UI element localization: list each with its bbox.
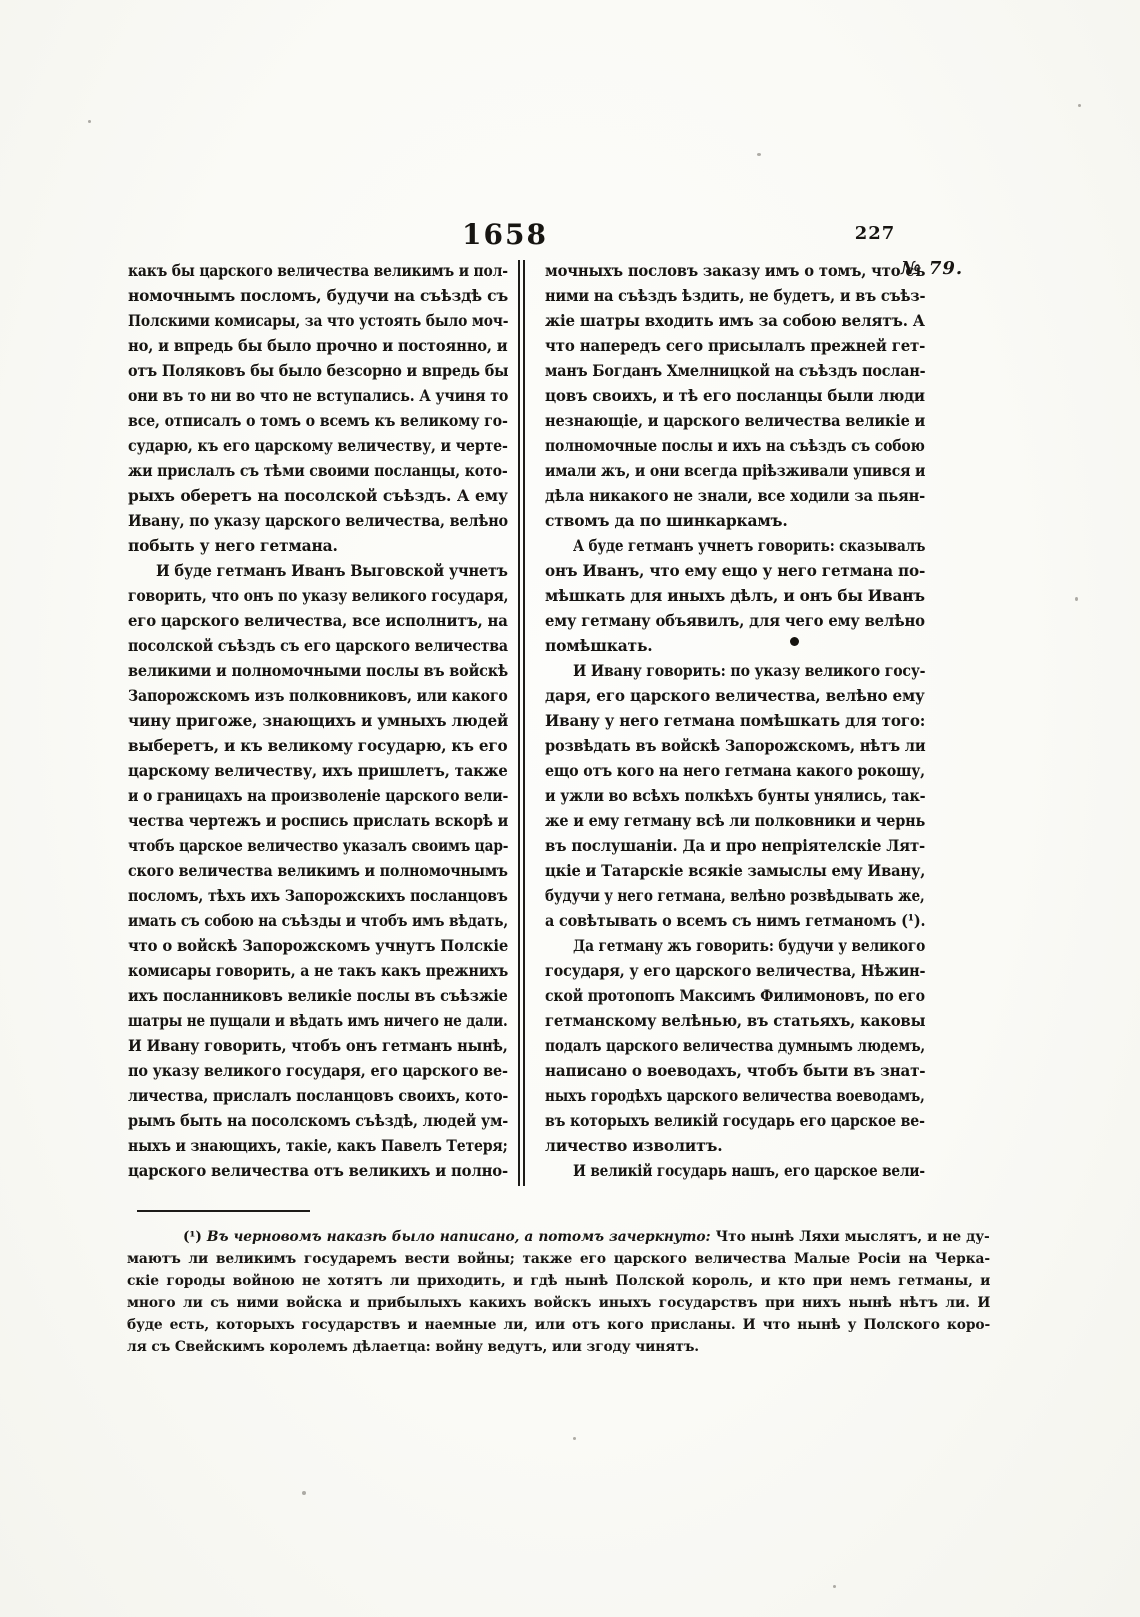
- text-line: говорить, что онъ по указу великого госу…: [128, 583, 508, 608]
- text-line: сударю, къ его царскому величеству, и че…: [128, 433, 508, 458]
- scan-speck: [1078, 104, 1081, 107]
- text-line: Ивану, по указу царского величества, вел…: [128, 508, 508, 533]
- text-line: манъ Богданъ Хмелницкой на съѣздъ послан…: [545, 358, 925, 383]
- scan-speck: [833, 1585, 836, 1588]
- text-line: ской протопопъ Максимъ Филимоновъ, по ег…: [545, 983, 925, 1008]
- text-line: цовъ своихъ, и тѣ его посланцы были люди: [545, 383, 925, 408]
- text-line: какъ бы царского величества великимъ и п…: [128, 258, 508, 283]
- text-line: посломъ, тѣхъ ихъ Запорожскихъ посланцов…: [128, 883, 508, 908]
- text-line: чества чертежъ и роспись прислать вскорѣ…: [128, 808, 508, 833]
- text-line: И Ивану говорить, чтобъ онъ гетманъ нынѣ…: [128, 1033, 508, 1058]
- text-line: гетманскому велѣнью, въ статьяхъ, каковы: [545, 1008, 925, 1033]
- text-line: въ послушаніи. Да и про непріятелскіе Ля…: [545, 833, 925, 858]
- footnote-separator-rule: [137, 1210, 310, 1212]
- text-line: ныхъ и знающихъ, такіе, какъ Павелъ Тете…: [128, 1133, 508, 1158]
- text-line: по указу великого государя, его царского…: [128, 1058, 508, 1083]
- text-line: и о границахъ на произволеніе царского в…: [128, 783, 508, 808]
- text-line: его царского величества, все исполнитъ, …: [128, 608, 508, 633]
- scanned-book-page: 1658 227 № 79. какъ бы царского величест…: [0, 0, 1140, 1617]
- text-line: что о войскѣ Запорожскомъ учнутъ Полскіе: [128, 933, 508, 958]
- text-line: великими и полномочными послы въ войскѣ: [128, 658, 508, 683]
- right-text-column: мочныхъ пословъ заказу имъ о томъ, что с…: [545, 258, 925, 1183]
- text-line: мѣшкать для иныхъ дѣлъ, и онъ бы Иванъ: [545, 583, 925, 608]
- text-line: И буде гетманъ Иванъ Выговской учнетъ: [128, 558, 508, 583]
- column-divider-rule: [518, 260, 525, 1186]
- scan-speck: [302, 1491, 306, 1495]
- text-line: отъ Поляковъ бы было безсорно и впредь б…: [128, 358, 508, 383]
- text-line: ныхъ городѣхъ царского величества воевод…: [545, 1083, 925, 1108]
- text-line: И Ивану говорить: по указу великого госу…: [545, 658, 925, 683]
- footnote-first-line-text: Что нынѣ Ляхи мыслятъ, и не ду-: [716, 1229, 990, 1245]
- text-line: ещо отъ кого на него гетмана какого роко…: [545, 758, 925, 783]
- text-line: рыхъ оберетъ на посолской съѣздъ. А ему: [128, 483, 508, 508]
- text-line: Запорожскомъ изъ полковниковъ, или каког…: [128, 683, 508, 708]
- ink-blot: [790, 637, 799, 646]
- footnote-reference-mark: (¹): [183, 1229, 202, 1245]
- text-line: личества, прислалъ посланцовъ своихъ, ко…: [128, 1083, 508, 1108]
- text-line: чину пригоже, знающихъ и умныхъ людей: [128, 708, 508, 733]
- text-line: подалъ царского величества думнымъ людем…: [545, 1033, 925, 1058]
- text-line: выберетъ, и къ великому государю, къ его: [128, 733, 508, 758]
- scan-speck: [757, 153, 761, 156]
- footnote-editorial-note-italic: Въ черновомъ наказѣ было написано, а пот…: [207, 1229, 711, 1245]
- text-line: Ивану у него гетмана помѣшкать для того:: [545, 708, 925, 733]
- text-line: царскому величеству, ихъ пришлетъ, также: [128, 758, 508, 783]
- text-line: они въ то ни во что не вступались. А учи…: [128, 383, 508, 408]
- text-line: даря, его царского величества, велѣно ем…: [545, 683, 925, 708]
- text-line: Полскими комисары, за что устоять было м…: [128, 308, 508, 333]
- text-line: царского величества отъ великихъ и полно…: [128, 1158, 508, 1183]
- text-line: ихъ посланниковъ великіе послы въ съѣзжі…: [128, 983, 508, 1008]
- text-line: имали жъ, и они всегда пріѣзживали упивс…: [545, 458, 925, 483]
- text-line: въ которыхъ великій государь его царское…: [545, 1108, 925, 1133]
- text-line: буде есть, которыхъ государствъ и наемны…: [127, 1314, 990, 1336]
- text-line: написано о воеводахъ, чтобъ быти въ знат…: [545, 1058, 925, 1083]
- text-line: розвѣдать въ войскѣ Запорожскомъ, нѣтъ л…: [545, 733, 925, 758]
- text-line: маютъ ли великимъ государемъ вести войны…: [127, 1248, 990, 1270]
- text-line: И великій государь нашъ, его царское вел…: [545, 1158, 925, 1183]
- text-line: помѣшкать.: [545, 633, 925, 658]
- page-number: 227: [840, 223, 910, 244]
- footnote-block: (¹) Въ черновомъ наказѣ было написано, а…: [127, 1226, 990, 1358]
- text-line: ствомъ да по шинкаркамъ.: [545, 508, 925, 533]
- footnote-first-line: (¹) Въ черновомъ наказѣ было написано, а…: [127, 1226, 990, 1248]
- text-line: Да гетману жъ говорить: будучи у великог…: [545, 933, 925, 958]
- footnote-continuation-lines: маютъ ли великимъ государемъ вести войны…: [127, 1248, 990, 1358]
- text-line: и ужли во всѣхъ полкѣхъ бунты унялись, т…: [545, 783, 925, 808]
- text-line: ского величества великимъ и полномочнымъ: [128, 858, 508, 883]
- text-line: комисары говорить, а не такъ какъ прежни…: [128, 958, 508, 983]
- text-line: посолской съѣздъ съ его царского величес…: [128, 633, 508, 658]
- scan-speck: [1075, 597, 1078, 601]
- text-line: будучи у него гетмана, велѣно розвѣдыват…: [545, 883, 925, 908]
- text-line: ля съ Свейскимъ королемъ дѣлаетца: войну…: [127, 1336, 990, 1358]
- text-line: жи прислалъ съ тѣми своими посланцы, кот…: [128, 458, 508, 483]
- text-line: побыть у него гетмана.: [128, 533, 508, 558]
- text-line: рымъ быть на посолскомъ съѣздѣ, людей ум…: [128, 1108, 508, 1133]
- text-line: незнающіе, и царского величества великіе…: [545, 408, 925, 433]
- text-line: чтобъ царское величество указалъ своимъ …: [128, 833, 508, 858]
- scan-speck: [88, 120, 91, 123]
- text-line: онъ Иванъ, что ему ещо у него гетмана по…: [545, 558, 925, 583]
- text-line: А буде гетманъ учнетъ говорить: сказывал…: [545, 533, 925, 558]
- text-line: шатры не пущали и вѣдать имъ ничего не д…: [128, 1008, 508, 1033]
- text-line: государя, у его царского величества, Нѣж…: [545, 958, 925, 983]
- text-line: ними на съѣздъ ѣздить, не будетъ, и въ с…: [545, 283, 925, 308]
- text-line: все, отписалъ о томъ о всемъ къ великому…: [128, 408, 508, 433]
- text-line: дѣла никакого не знали, все ходили за пь…: [545, 483, 925, 508]
- text-line: личество изволитъ.: [545, 1133, 925, 1158]
- text-line: полномочные послы и ихъ на съѣздъ съ соб…: [545, 433, 925, 458]
- text-line: же и ему гетману всѣ ли полковники и чер…: [545, 808, 925, 833]
- left-text-column: какъ бы царского величества великимъ и п…: [128, 258, 508, 1183]
- scan-speck: [573, 1437, 576, 1440]
- page-year-heading: 1658: [400, 218, 610, 251]
- text-line: цкіе и Татарскіе всякіе замыслы ему Иван…: [545, 858, 925, 883]
- text-line: скіе городы войною не хотятъ ли приходит…: [127, 1270, 990, 1292]
- text-line: жіе шатры входить имъ за собою велятъ. А: [545, 308, 925, 333]
- text-line: а совѣтывать о всемъ съ нимъ гетманомъ (…: [545, 908, 925, 933]
- text-line: мочныхъ пословъ заказу имъ о томъ, что с…: [545, 258, 925, 283]
- text-line: имать съ собою на съѣзды и чтобъ имъ вѣд…: [128, 908, 508, 933]
- text-line: что напередъ сего присылалъ прежней гет-: [545, 333, 925, 358]
- text-line: номочнымъ посломъ, будучи на съѣздѣ съ: [128, 283, 508, 308]
- text-line: но, и впредь бы было прочно и постоянно,…: [128, 333, 508, 358]
- text-line: ему гетману объявилъ, для чего ему велѣн…: [545, 608, 925, 633]
- text-line: много ли съ ними войска и прибылыхъ каки…: [127, 1292, 990, 1314]
